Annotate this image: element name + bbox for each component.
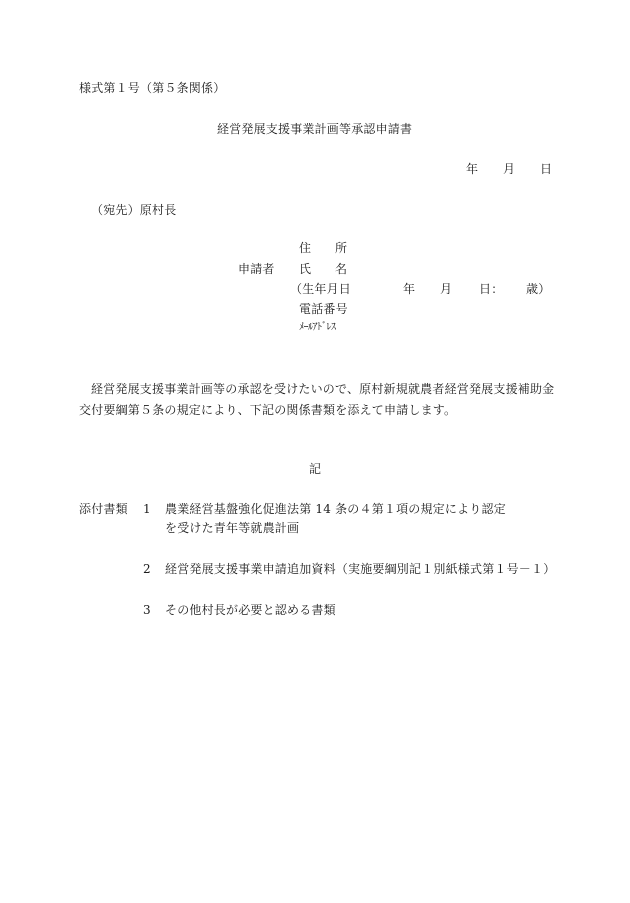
date-day-label: 日 (540, 163, 552, 175)
attachment-text: その他村長が必要と認める書類 (165, 604, 336, 616)
addressee: （宛先）原村長 (91, 204, 176, 216)
body-line-2: 交付要綱第５条の規定により、下記の関係書類を添えて申請します。 (79, 404, 456, 416)
document-title: 経営発展支援事業計画等承認申請書 (217, 123, 412, 135)
birthdate-label: （生年月日 (290, 283, 351, 295)
phone-label: 電話番号 (299, 303, 348, 315)
form-number: 様式第１号（第５条関係） (79, 82, 225, 94)
age-label: 歳） (526, 283, 550, 295)
date-month-label: 月 (503, 163, 515, 175)
birth-year-label: 年 (403, 283, 415, 295)
address-label-1: 住 (299, 242, 311, 254)
ki-heading: 記 (309, 463, 321, 475)
attachment-text-cont: を受けた青年等就農計画 (165, 522, 299, 534)
birth-month-label: 月 (440, 283, 452, 295)
date-year-label: 年 (466, 163, 478, 175)
name-label-2: 名 (335, 263, 347, 275)
attachment-text: 経営発展支援事業申請追加資料（実施要綱別記１別紙様式第１号－１） (165, 563, 555, 575)
attachment-text: 農業経営基盤強化促進法第 14 条の４第１項の規定により認定 (165, 503, 506, 515)
attachment-number: 1 (143, 503, 151, 515)
birth-day-label: 日： (479, 283, 503, 295)
attachment-number: 2 (143, 563, 151, 575)
body-line-1: 経営発展支援事業計画等の承認を受けたいので、原村新規就農者経営発展支援補助金 (91, 383, 554, 395)
attachments-label: 添付書類 (79, 503, 128, 515)
email-label: ﾒｰﾙｱﾄﾞﾚｽ (299, 323, 336, 333)
name-label-1: 氏 (299, 263, 311, 275)
address-label-2: 所 (335, 242, 347, 254)
attachment-number: 3 (143, 604, 151, 616)
applicant-label: 申請者 (238, 263, 275, 275)
